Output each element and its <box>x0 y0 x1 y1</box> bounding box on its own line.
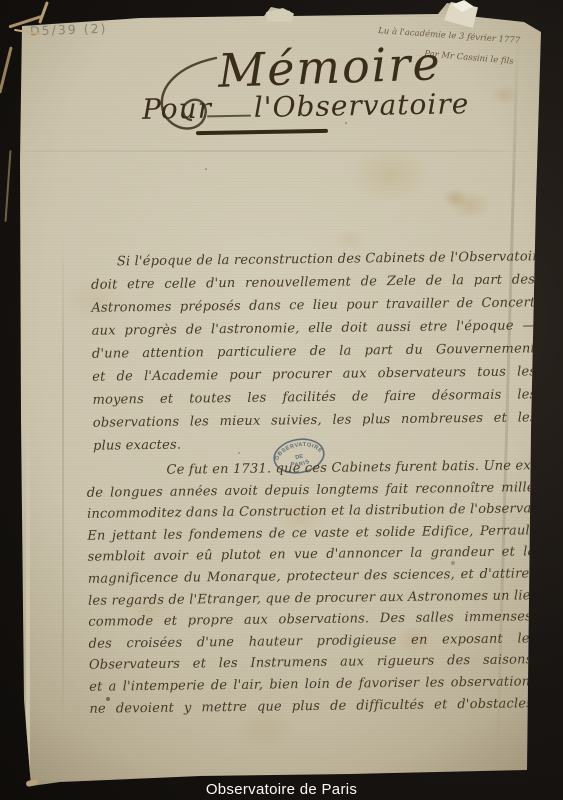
manuscript-line: ne devoient y mettre que plus de difficu… <box>89 696 537 723</box>
binding-thread <box>38 1 49 24</box>
worn-page-edge <box>26 400 30 780</box>
manuscript-page: D5/39 (2) Lu à l'académie le 3 février 1… <box>0 0 563 800</box>
binding-thread <box>0 46 13 93</box>
horizontal-crease <box>24 150 536 152</box>
archive-reference: D5/39 (2) <box>30 21 108 39</box>
binding-thread <box>4 150 11 222</box>
page-subtitle: Pour l'Observatoire <box>142 87 470 126</box>
photo-caption: Observatoire de Paris <box>0 781 563 798</box>
photograph: D5/39 (2) Lu à l'académie le 3 février 1… <box>0 0 563 800</box>
stamp-text-middle: DE <box>295 454 304 461</box>
paragraph-second: Ce fut en 1731. que ces Cabinets furent … <box>86 458 537 723</box>
ink-specks <box>0 0 2 2</box>
left-fold-line <box>62 230 64 730</box>
